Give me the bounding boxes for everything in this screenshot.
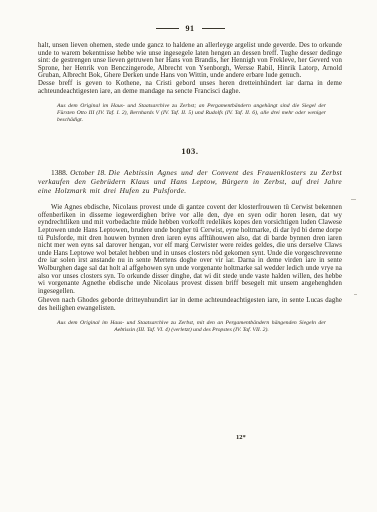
charter-103-source-note: Aus dem Original im Haus- und Staatsarch… <box>57 320 326 334</box>
regest-year: 1388. <box>51 168 68 177</box>
header-rule-left <box>156 28 179 29</box>
page-header: 91 <box>38 24 342 33</box>
charter-102-continuation-text: halt, unsen lieven ohemen, stede unde ga… <box>38 42 342 80</box>
scan-artifact <box>354 294 357 295</box>
charter-103-body-text: Wie Agnes ebdische, Nicolaus provest und… <box>38 204 342 295</box>
charter-102-source-note: Aus dem Original im Haus- und Staatsarch… <box>57 103 326 124</box>
regest-date: October 18. <box>70 168 106 177</box>
charter-103-dating-line: Gheven nach Ghodes geborde dritteynhundi… <box>38 297 342 312</box>
header-rule-right <box>202 28 225 29</box>
printer-signature-mark: 12* <box>236 434 246 441</box>
scanned-book-page: 91 halt, unsen lieven ohemen, stede unde… <box>0 0 377 512</box>
scan-artifact <box>351 199 356 200</box>
charter-102-dating-line: Desse breff is geven to Kothene, na Cris… <box>38 80 342 95</box>
page-number: 91 <box>186 24 195 33</box>
charter-103-number: 103. <box>38 146 342 156</box>
charter-103-regest: 1388. October 18. Die Aebtissin Agnes un… <box>38 168 342 195</box>
